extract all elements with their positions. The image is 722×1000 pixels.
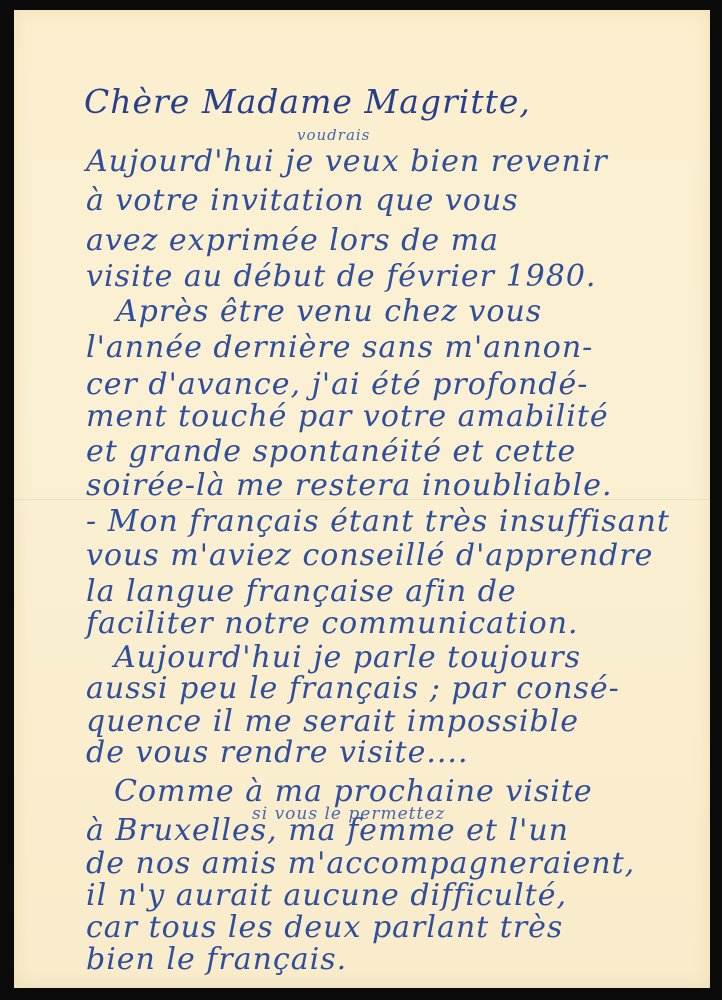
letter-line: l'année dernière sans m'annon- xyxy=(86,330,593,365)
letter-line: de vous rendre visite.... xyxy=(86,735,469,770)
letter-line: Aujourd'hui je veux bien revenir xyxy=(86,144,608,179)
salutation: Chère Madame Magritte, xyxy=(84,82,531,121)
letter-line: faciliter notre communication. xyxy=(86,606,579,641)
letter-line: ment touché par votre amabilité xyxy=(86,399,609,434)
letter-line: à Bruxelles, ma femme et l'un xyxy=(86,813,569,848)
insertion-voudrais: voudrais xyxy=(297,126,370,144)
letter-line: à votre invitation que vous xyxy=(86,183,519,218)
letter-line: la langue française afin de xyxy=(86,574,517,609)
letter-line: quence il me serait impossible xyxy=(86,704,579,739)
letter-line: aussi peu le français ; par consé- xyxy=(86,671,620,706)
letter-line: cer d'avance, j'ai été profondé- xyxy=(86,367,588,402)
letter-page: Chère Madame Magritte, voudrais Aujourd'… xyxy=(14,10,710,988)
letter-line: Aujourd'hui je parle toujours xyxy=(114,640,581,675)
letter-line: - Mon français étant très insuffisant xyxy=(86,504,670,539)
letter-line: bien le français. xyxy=(86,942,347,977)
letter-line: vous m'aviez conseillé d'apprendre xyxy=(86,538,653,573)
letter-line: il n'y aurait aucune difficulté, xyxy=(86,878,567,913)
letter-line: soirée-là me restera inoubliable. xyxy=(86,468,613,503)
letter-line: avez exprimée lors de ma xyxy=(86,223,499,258)
letter-line: et grande spontanéité et cette xyxy=(86,434,576,469)
letter-line: car tous les deux parlant très xyxy=(86,910,563,945)
letter-line: Après être venu chez vous xyxy=(116,294,542,329)
letter-line: de nos amis m'accompagneraient, xyxy=(86,846,635,881)
letter-line: visite au début de février 1980. xyxy=(86,259,596,294)
